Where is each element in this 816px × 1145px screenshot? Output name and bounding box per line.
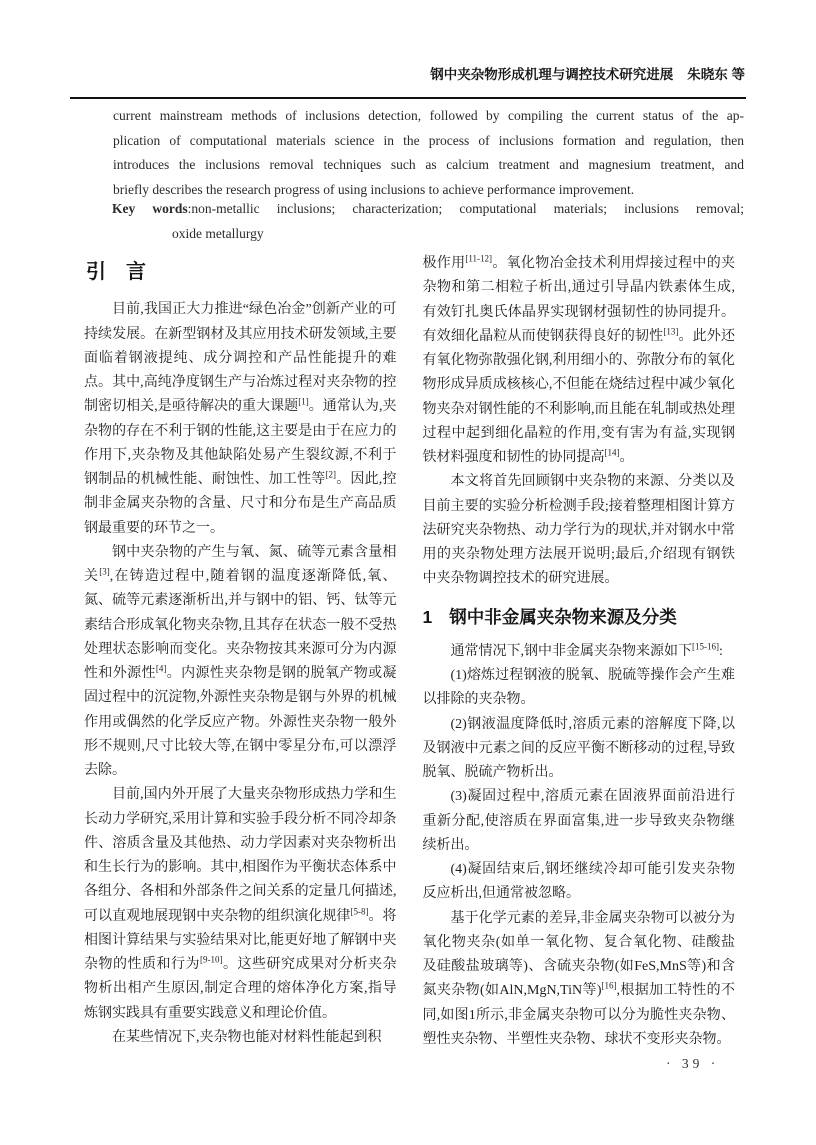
- list-item: (3)凝固过程中,溶质元素在固液界面前沿进行重新分配,使溶质在界面富集,进一步导…: [423, 785, 736, 858]
- paragraph: 目前,国内外开展了大量夹杂物形成热力学和生长动力学研究,采用计算和实验手段分析不…: [84, 783, 397, 1026]
- paragraph: 通常情况下,钢中非金属夹杂物来源如下[15-16]:: [423, 640, 736, 664]
- abstract-line: plication of computational materials sci…: [113, 129, 744, 154]
- paragraph: 在某些情况下,夹杂物也能对材料性能起到积: [84, 1026, 397, 1050]
- left-column: 引 言 目前,我国正大力推进“绿色冶金”创新产业的可持续发展。在新型钢材及其应用…: [84, 252, 397, 1052]
- header-divider: [70, 97, 746, 99]
- paragraph: 本文将首先回顾钢中夹杂物的来源、分类以及目前主要的实验分析检测手段;接着整理相图…: [423, 470, 736, 591]
- section-title: 钢中非金属夹杂物来源及分类: [449, 607, 677, 627]
- keywords-label: Key words: [112, 201, 188, 216]
- paragraph: 基于化学元素的差异,非金属夹杂物可以被分为氧化物夹杂(如单一氧化物、复合氧化物、…: [423, 907, 736, 1053]
- section-1-heading: 1钢中非金属夹杂物来源及分类: [423, 605, 736, 629]
- abstract-continuation: current mainstream methods of inclusions…: [113, 104, 744, 202]
- intro-heading: 引 言: [86, 260, 397, 284]
- page-number: · 39 ·: [666, 1056, 719, 1072]
- running-head-title: 钢中夹杂物形成机理与调控技术研究进展: [430, 67, 673, 82]
- running-head: 钢中夹杂物形成机理与调控技术研究进展朱晓东 等: [430, 63, 745, 83]
- body-columns: 引 言 目前,我国正大力推进“绿色冶金”创新产业的可持续发展。在新型钢材及其应用…: [84, 252, 735, 1052]
- list-item: (4)凝固结束后,钢坯继续冷却可能引发夹杂物反应析出,但通常被忽略。: [423, 858, 736, 907]
- paragraph: 目前,我国正大力推进“绿色冶金”创新产业的可持续发展。在新型钢材及其应用技术研发…: [84, 298, 397, 541]
- list-item: (1)熔炼过程钢液的脱氧、脱硫等操作会产生难以排除的夹杂物。: [423, 664, 736, 713]
- paragraph-continuation: 极作用[11-12]。氧化物冶金技术利用焊接过程中的夹杂物和第二相粒子析出,通过…: [423, 252, 736, 470]
- keywords-line: Key words:non-metallic inclusions; chara…: [112, 197, 744, 222]
- paragraph: 钢中夹杂物的产生与氧、氮、硫等元素含量相关[3],在铸造过程中,随着钢的温度逐渐…: [84, 541, 397, 784]
- right-column: 极作用[11-12]。氧化物冶金技术利用焊接过程中的夹杂物和第二相粒子析出,通过…: [423, 252, 736, 1052]
- list-item: (2)钢液温度降低时,溶质元素的溶解度下降,以及钢液中元素之间的反应平衡不断移动…: [423, 713, 736, 786]
- keywords-text: non-metallic inclusions; characterizatio…: [191, 201, 744, 216]
- abstract-line: current mainstream methods of inclusions…: [113, 104, 744, 129]
- keywords-line2: oxide metallurgy: [112, 222, 744, 247]
- abstract-line: introduces the inclusions removal techni…: [113, 153, 744, 178]
- running-head-authors: 朱晓东 等: [687, 67, 745, 82]
- paper-page: 钢中夹杂物形成机理与调控技术研究进展朱晓东 等 current mainstre…: [0, 0, 816, 1145]
- section-number: 1: [423, 605, 433, 629]
- keywords-block: Key words:non-metallic inclusions; chara…: [112, 197, 744, 246]
